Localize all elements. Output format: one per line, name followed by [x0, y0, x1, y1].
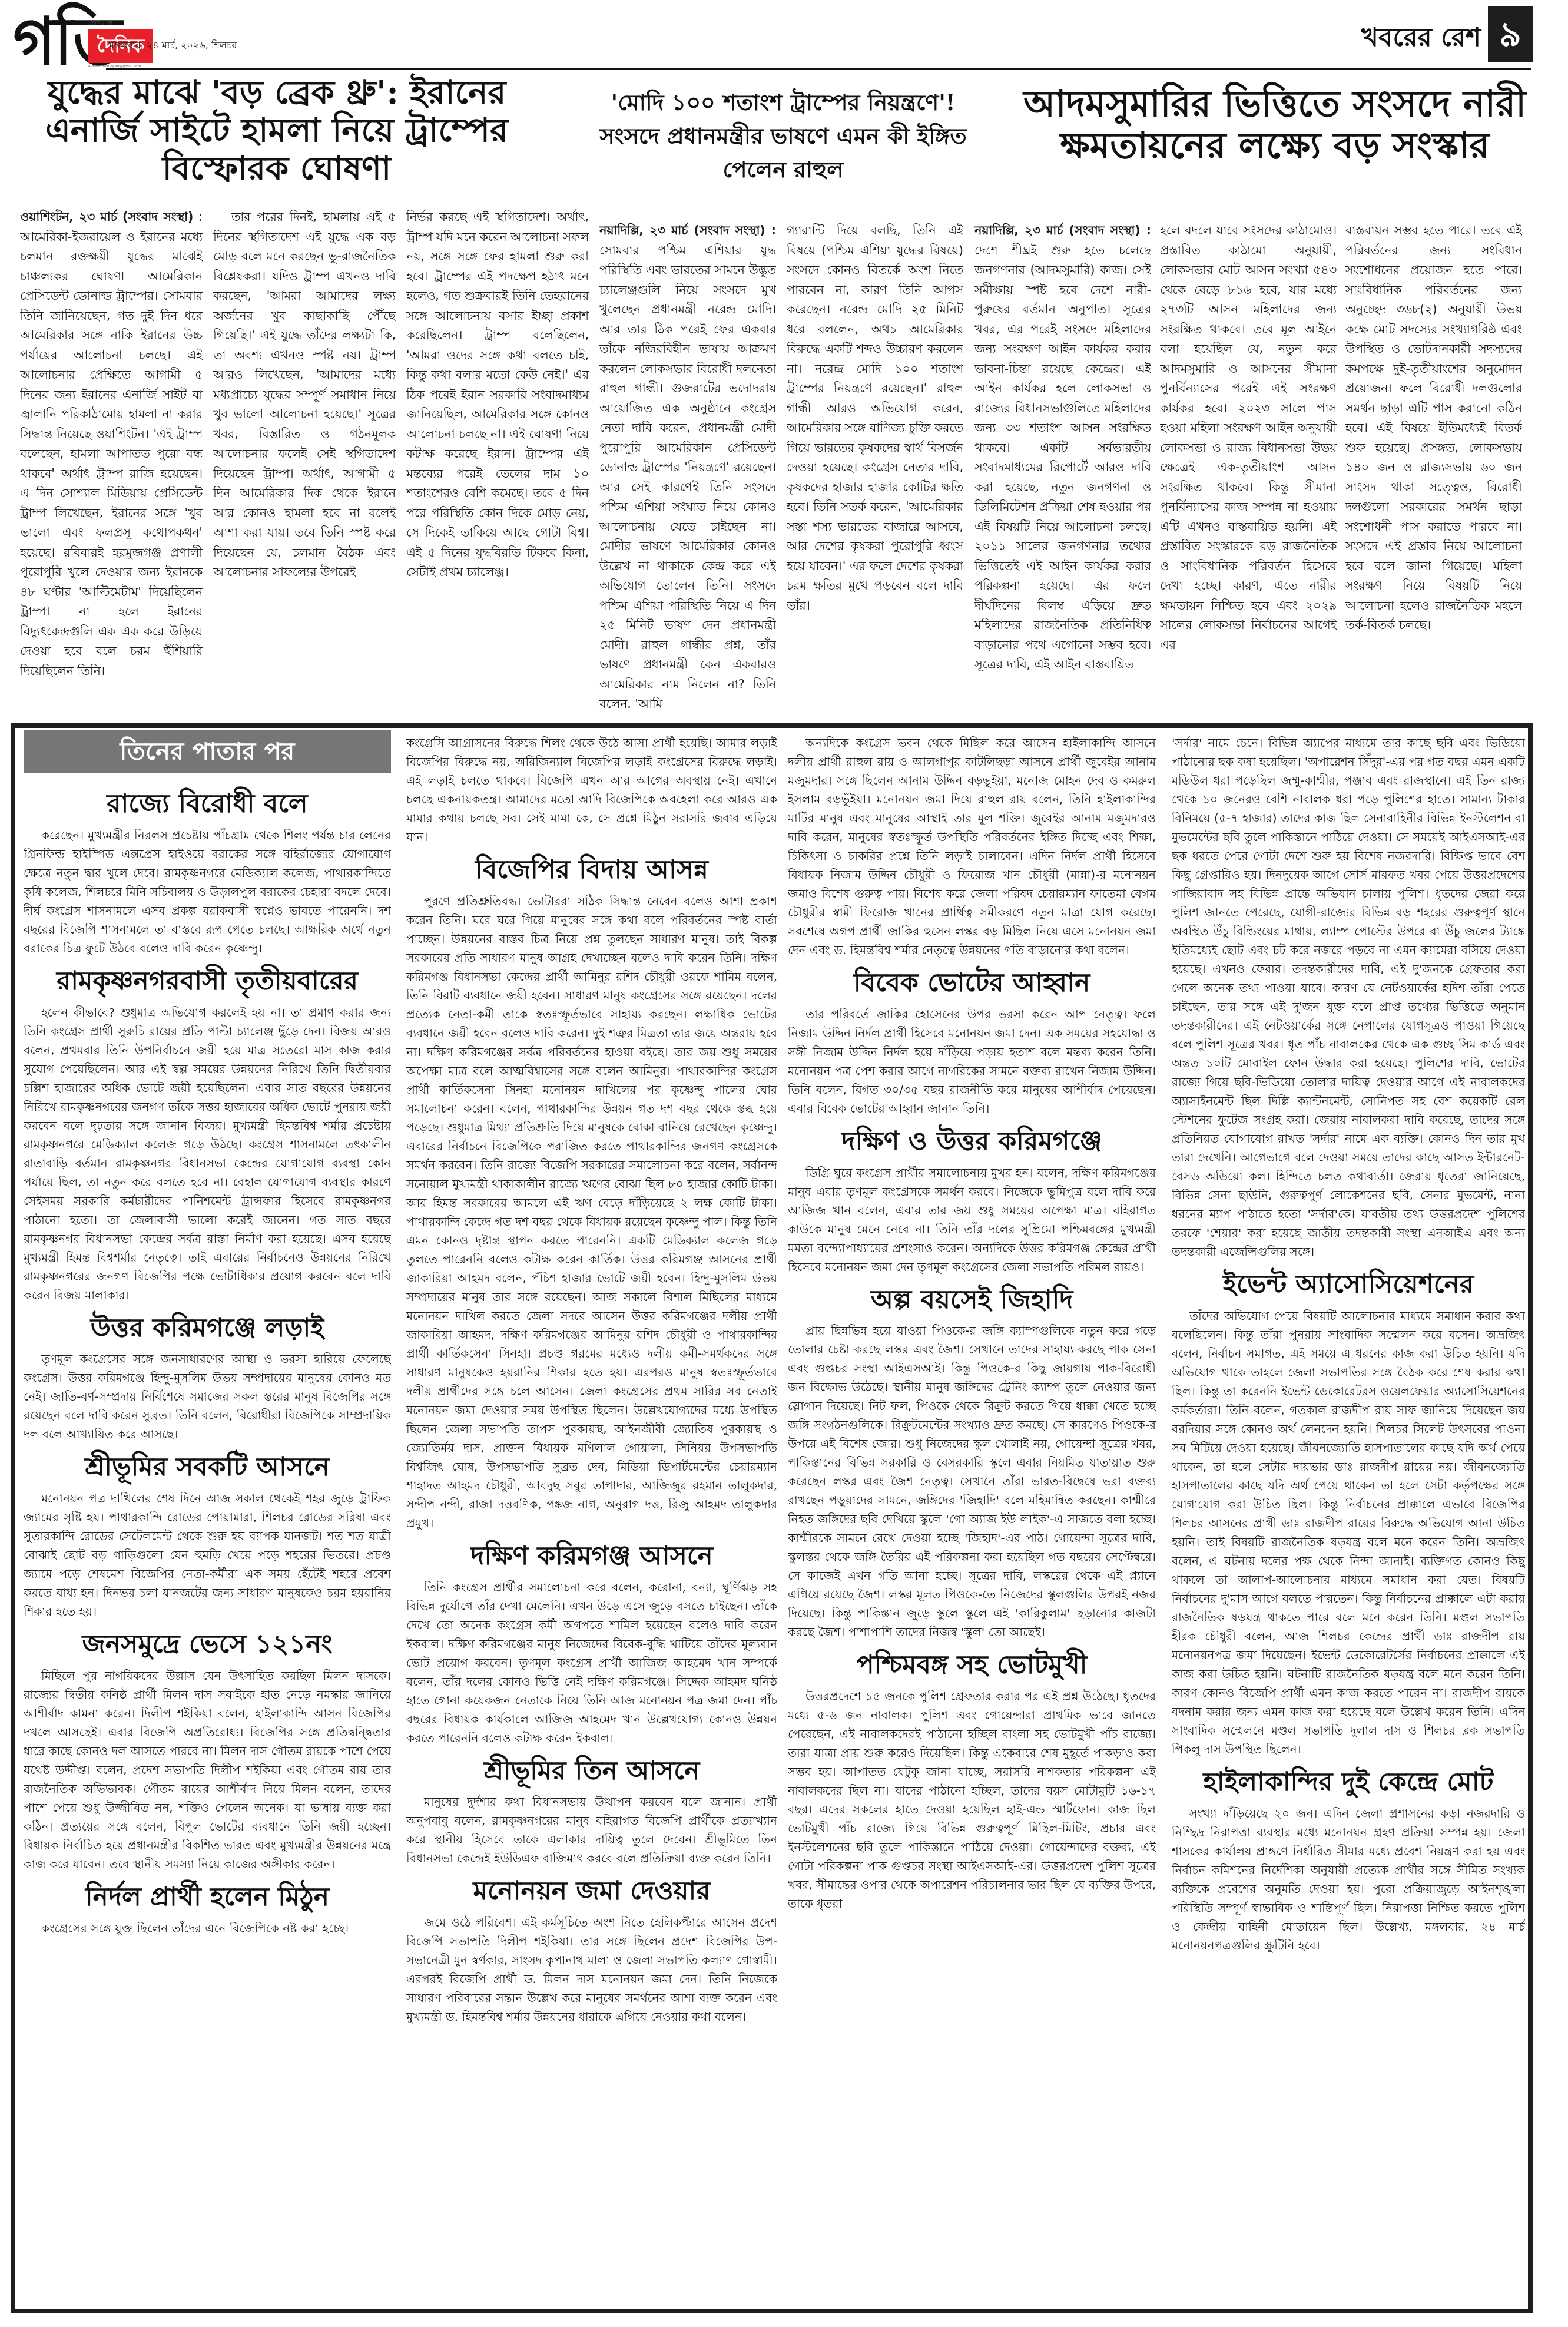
article-body: তাঁদের অভিযোগ পেয়ে বিষয়টি আলোচনার মাধ্…	[1172, 1306, 1525, 1759]
article-heading: শ্রীভূমির তিন আসনে	[406, 1756, 777, 1787]
article-body: তার পরিবর্তে জাকির হোসেনের উপর ভরসা করেন…	[788, 1005, 1156, 1118]
article-body: তিনি কংগ্রেস প্রার্থীর সমালোচনা করে বলেন…	[406, 1578, 777, 1747]
article-body: কংগ্রেসের সঙ্গে যুক্ত ছিলেন তাঁদের এনে ব…	[24, 1919, 391, 1938]
article-block: নির্দল প্রার্থী হলেন মিঠুন কংগ্রেসের সঙ্…	[24, 1882, 391, 1938]
article-body: 'সর্দার' নামে চেনে। বিভিন্ন অ্যাপের মাধ্…	[1172, 733, 1525, 1261]
article-body: উত্তরপ্রদেশে ১৫ জনকে পুলিশ গ্রেফতার করার…	[788, 1687, 1156, 1913]
story2-column-2: গ্যারান্টি দিয়ে বলছি, তিনি এই বিষয়ে (প…	[787, 221, 963, 708]
page-number: ৯	[1488, 6, 1533, 62]
article-block: 'সর্দার' নামে চেনে। বিভিন্ন অ্যাপের মাধ্…	[1172, 733, 1525, 1261]
story1-column-2: তার পরের দিনই, হামলায় এই ৫ দিনের স্থগিত…	[213, 207, 396, 708]
article-body: প্রায় ছিন্নভিন্ন হয়ে যাওয়া পিওকে-র জঙ…	[788, 1321, 1156, 1641]
story3-headline: আদমসুমারির ভিত্তিতে সংসদে নারী ক্ষমতায়ন…	[995, 82, 1554, 167]
story3-column-3: বাস্তবায়ন সম্ভব হতে পারে। তবে এই পরিবর্…	[1345, 221, 1522, 708]
article-block: অন্যদিকে কংগ্রেস ভবন থেকে মিছিল করে আসেন…	[788, 733, 1156, 959]
continued-column-4: 'সর্দার' নামে চেনে। বিভিন্ন অ্যাপের মাধ্…	[1172, 733, 1525, 2309]
article-body: কংগ্রেসি আগ্রাসনের বিরুদ্ধে শিলং থেকে উঠ…	[406, 733, 777, 846]
article-body: মানুষের দুর্দশার কথা বিধানসভায় উত্থাপন …	[406, 1792, 777, 1868]
article-heading: উত্তর করিমগঞ্জে লড়াই	[24, 1313, 391, 1344]
article-block: রাজ্যে বিরোধী বলে করেছেন। মুখ্যমন্ত্রীর …	[24, 789, 391, 958]
article-body: ডিগ্রি ঘুরে কংগ্রেস প্রার্থীর সমালোচনায়…	[788, 1163, 1156, 1276]
dateline: মঙ্গলবার, ২৪ মার্চ, ২০২৬, শিলচর	[109, 38, 237, 54]
article-body: সংখ্যা দাঁড়িয়েছে ২০ জন। এদিন জেলা প্রশ…	[1172, 1804, 1525, 1955]
article-heading: নির্দল প্রার্থী হলেন মিঠুন	[24, 1882, 391, 1913]
article-body: মিছিলে পুর নাগরিকদের উল্লাস যেন উৎসাহিত …	[24, 1666, 391, 1873]
article-body: অন্যদিকে কংগ্রেস ভবন থেকে মিছিল করে আসেন…	[788, 733, 1156, 959]
article-block: হাইলাকান্দির দুই কেন্দ্রে মোট সংখ্যা দাঁ…	[1172, 1767, 1525, 1955]
article-heading: ইভেন্ট অ্যাসোসিয়েশনের	[1172, 1269, 1525, 1300]
article-block: উত্তর করিমগঞ্জে লড়াই তৃণমূল কংগ্রেসের স…	[24, 1313, 391, 1444]
continued-column-2: কংগ্রেসি আগ্রাসনের বিরুদ্ধে শিলং থেকে উঠ…	[406, 733, 777, 2309]
article-block: রামকৃষ্ণনগরবাসী তৃতীয়বারের হলেন কীভাবে?…	[24, 966, 391, 1305]
continued-column-3: অন্যদিকে কংগ্রেস ভবন থেকে মিছিল করে আসেন…	[788, 733, 1156, 2309]
article-heading: দক্ষিণ ও উত্তর করিমগঞ্জে	[788, 1126, 1156, 1157]
article-heading: অল্প বয়সেই জিহাদি	[788, 1285, 1156, 1316]
story3-column-1: নয়াদিল্লি, ২৩ মার্চ (সংবাদ সংস্থা) : দে…	[974, 221, 1151, 708]
article-heading: রাজ্যে বিরোধী বলে	[24, 789, 391, 820]
article-body: হলেন কীভাবে? শুধুমাত্র অভিযোগ করলেই হয় …	[24, 1003, 391, 1305]
article-heading: জনসমুদ্রে ভেসে ১২১নং	[24, 1629, 391, 1660]
story2-column-1: নয়াদিল্লি, ২৩ মার্চ (সংবাদ সংস্থা) : সো…	[599, 221, 776, 708]
article-heading: পশ্চিমবঙ্গ সহ ভোটমুখী	[788, 1650, 1156, 1681]
article-heading: রামকৃষ্ণনগরবাসী তৃতীয়বারের	[24, 966, 391, 997]
story2-headline: 'মোদি ১০০ শতাংশ ট্রাম্পের নিয়ন্ত্রণে'! …	[589, 85, 977, 186]
continued-column-1: রাজ্যে বিরোধী বলে করেছেন। মুখ্যমন্ত্রীর …	[24, 780, 391, 2309]
continued-banner: তিনের পাতার পর	[24, 730, 391, 773]
article-body: তৃণমূল কংগ্রেসের সঙ্গে জনসাধারণের আস্থা …	[24, 1349, 391, 1444]
article-block: বিবেক ভোটের আহ্বান তার পরিবর্তে জাকির হো…	[788, 968, 1156, 1118]
article-body: মনোনয়ন পত্র দাখিলের শেষ দিনে আজ সকাল থে…	[24, 1489, 391, 1621]
story1-byline: ওয়াশিংটন, ২৩ মার্চ (সংবাদ সংস্থা)	[20, 210, 193, 224]
story1-headline: যুদ্ধের মাঝে 'বড় ব্রেক থ্রু': ইরানের এন…	[18, 74, 536, 187]
article-block: ইভেন্ট অ্যাসোসিয়েশনের তাঁদের অভিযোগ পেয…	[1172, 1269, 1525, 1759]
article-block: বিজেপির বিদায় আসন্ন পূরণে প্রতিশ্রুতিবদ…	[406, 855, 777, 1532]
article-heading: দক্ষিণ করিমগঞ্জ আসনে	[406, 1541, 777, 1572]
story3-byline: নয়াদিল্লি, ২৩ মার্চ (সংবাদ সংস্থা) :	[974, 223, 1151, 237]
masthead-divider	[106, 68, 1531, 70]
article-block: কংগ্রেসি আগ্রাসনের বিরুদ্ধে শিলং থেকে উঠ…	[406, 733, 777, 846]
article-heading: শ্রীভূমির সবকটি আসনে	[24, 1452, 391, 1483]
story3-column-2: হলে বদলে যাবে সংসদের কাঠামোও। প্রস্তাবিত…	[1160, 221, 1337, 708]
article-block: দক্ষিণ করিমগঞ্জ আসনে তিনি কংগ্রেস প্রার্…	[406, 1541, 777, 1747]
article-body: করেছেন। মুখ্যমন্ত্রীর নিরলস প্রচেষ্টায় …	[24, 826, 391, 958]
section-name: খবরের রেশ	[1361, 18, 1481, 61]
article-heading: বিবেক ভোটের আহ্বান	[788, 968, 1156, 999]
article-body: পূরণে প্রতিশ্রুতিবদ্ধ। ভোটাররা সঠিক সিদ্…	[406, 892, 777, 1532]
article-block: শ্রীভূমির সবকটি আসনে মনোনয়ন পত্র দাখিলে…	[24, 1452, 391, 1621]
story1-column-3: নির্ভর করছে এই স্থগিতাদেশ। অর্থাৎ, ট্রাম…	[406, 207, 589, 708]
article-block: দক্ষিণ ও উত্তর করিমগঞ্জে ডিগ্রি ঘুরে কংগ…	[788, 1126, 1156, 1276]
badge-tagline: বৈঠক ৪ বর্ষ	[88, 19, 153, 28]
article-block: অল্প বয়সেই জিহাদি প্রায় ছিন্নভিন্ন হয়…	[788, 1285, 1156, 1642]
article-heading: মনোনয়ন জমা দেওয়ার	[406, 1876, 777, 1907]
article-heading: বিজেপির বিদায় আসন্ন	[406, 855, 777, 886]
article-heading: হাইলাকান্দির দুই কেন্দ্রে মোট	[1172, 1767, 1525, 1798]
article-block: জনসমুদ্রে ভেসে ১২১নং মিছিলে পুর নাগরিকদে…	[24, 1629, 391, 1873]
story1-column-1: ওয়াশিংটন, ২৩ মার্চ (সংবাদ সংস্থা) : আমে…	[20, 207, 203, 708]
article-block: পশ্চিমবঙ্গ সহ ভোটমুখী উত্তরপ্রদেশে ১৫ জন…	[788, 1650, 1156, 1913]
story2-byline: নয়াদিল্লি, ২৩ মার্চ (সংবাদ সংস্থা) :	[599, 223, 776, 237]
article-block: মনোনয়ন জমা দেওয়ার জমে ওঠে পরিবেশ। এই ক…	[406, 1876, 777, 2026]
article-body: জমে ওঠে পরিবেশ। এই কর্মসূচিতে অংশ নিতে হ…	[406, 1913, 777, 2026]
article-block: শ্রীভূমির তিন আসনে মানুষের দুর্দশার কথা …	[406, 1756, 777, 1868]
